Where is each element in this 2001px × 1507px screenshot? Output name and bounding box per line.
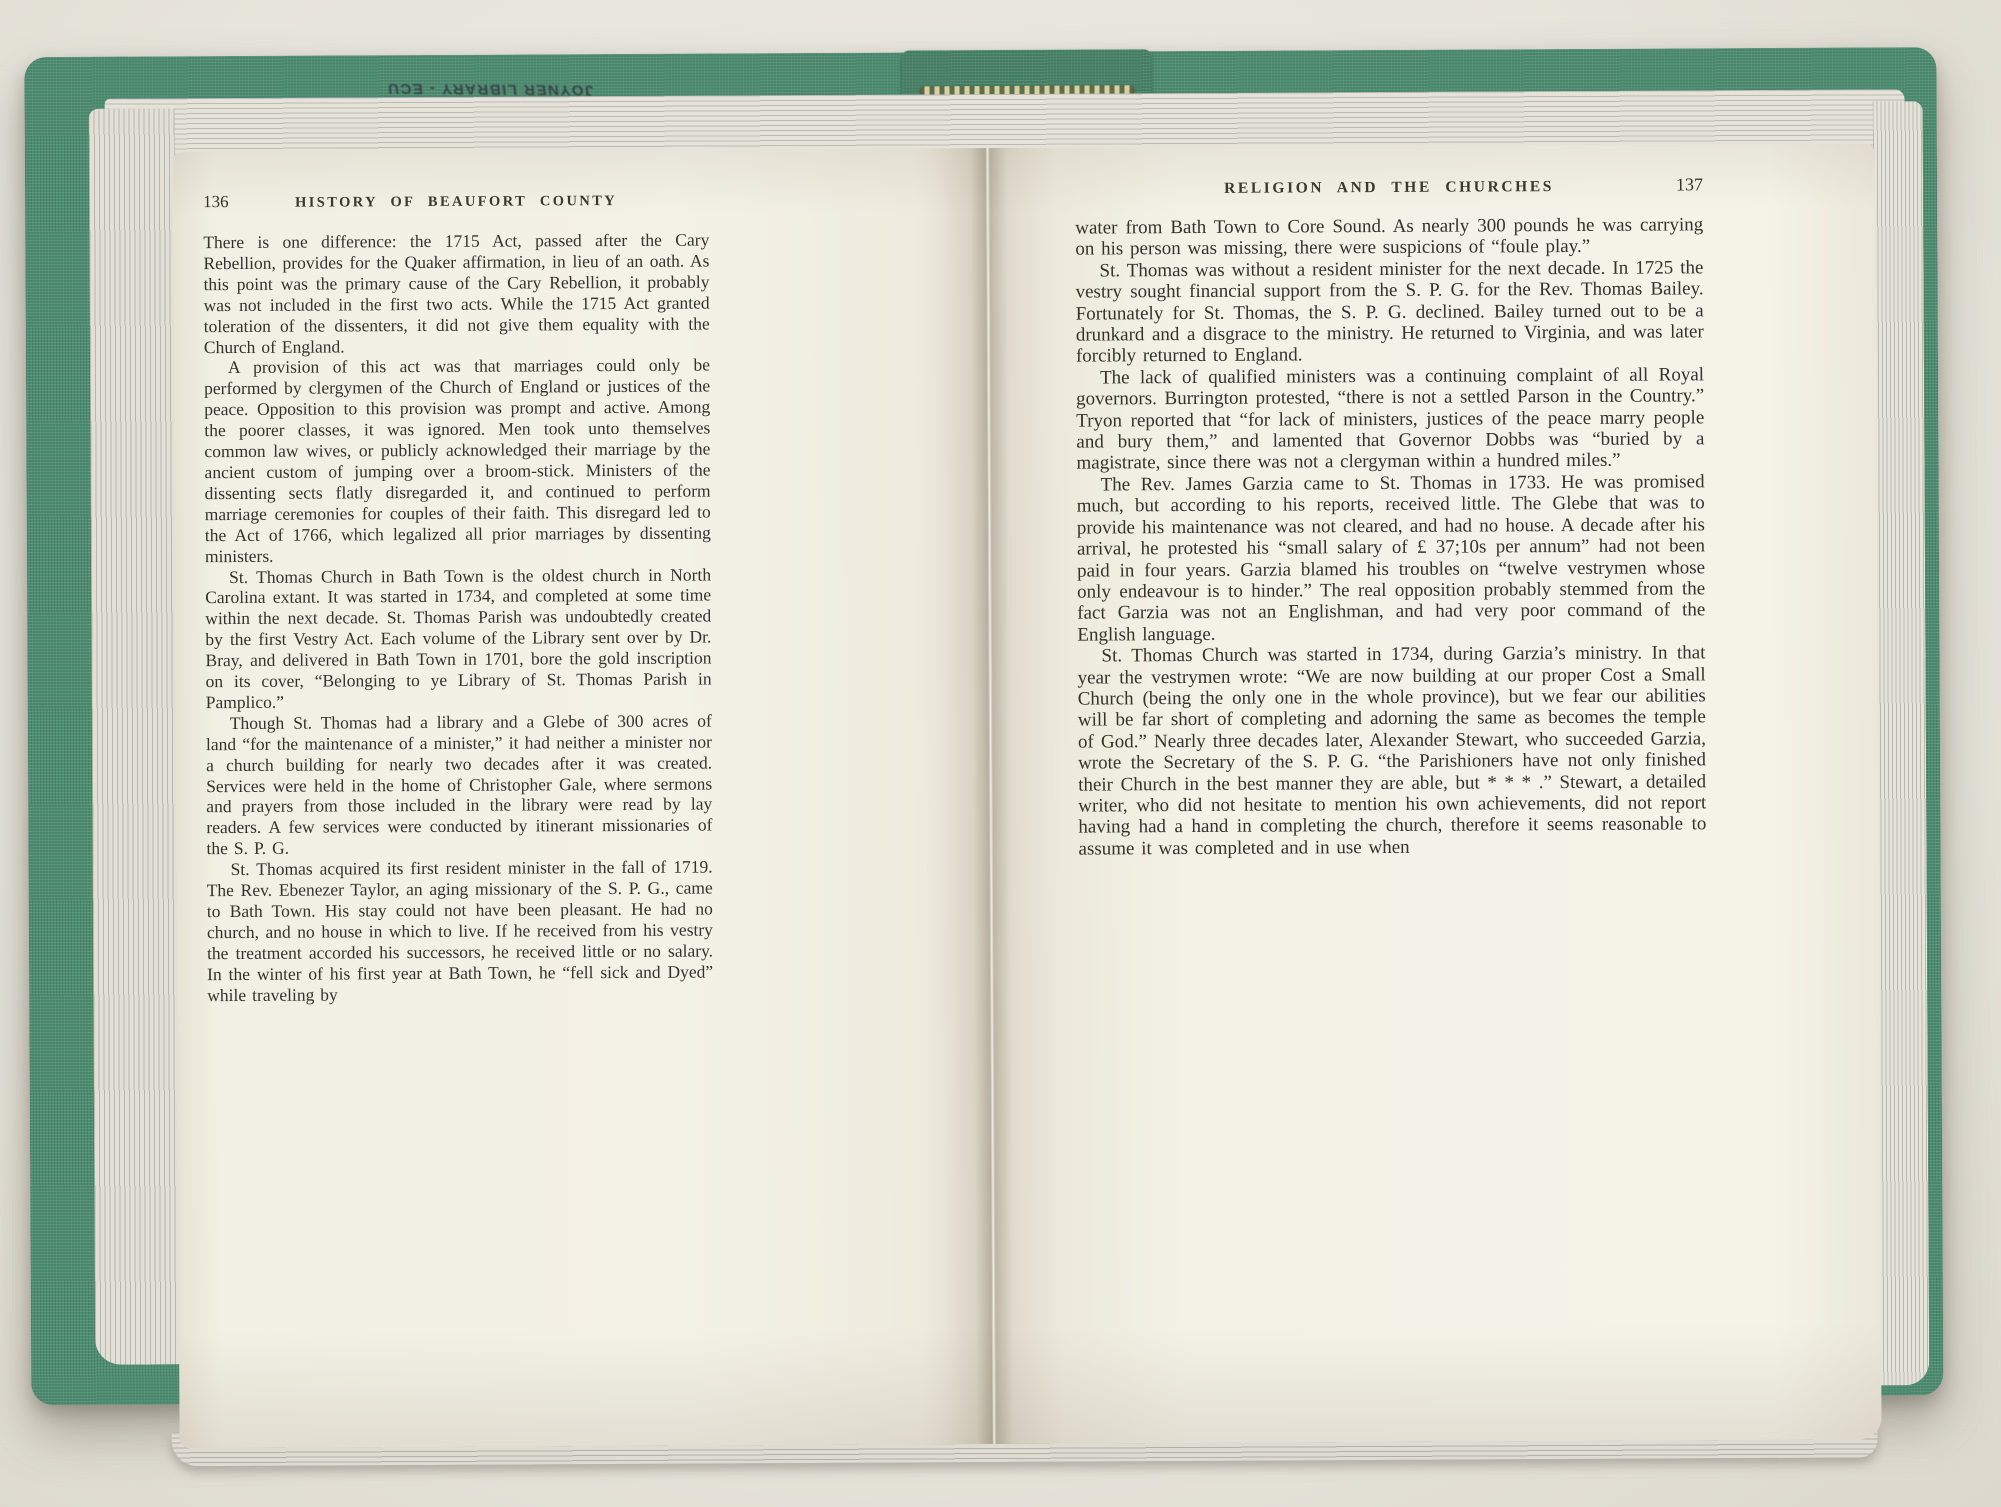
paragraph: Though St. Thomas had a library and a Gl… — [206, 710, 713, 859]
left-page: 136 HISTORY OF BEAUFORT COUNTY There is … — [173, 148, 994, 1448]
library-stamp: JOYNER LIBRARY - ECU — [386, 80, 595, 99]
left-page-number: 136 — [203, 192, 229, 212]
paragraph: water from Bath Town to Core Sound. As n… — [1075, 214, 1703, 260]
paragraph: St. Thomas Church in Bath Town is the ol… — [205, 564, 712, 713]
paragraph: St. Thomas Church was started in 1734, d… — [1077, 642, 1706, 859]
paragraph: St. Thomas was without a resident minist… — [1075, 257, 1704, 367]
paragraph: A provision of this act was that marriag… — [204, 355, 711, 567]
paragraph: There is one difference: the 1715 Act, p… — [203, 230, 710, 358]
right-page-text-block: RELIGION AND THE CHURCHES 137 water from… — [1075, 174, 1707, 859]
open-book: JOYNER LIBRARY - ECU 136 HISTORY OF BEAU… — [0, 0, 2001, 1507]
right-page-number: 137 — [1676, 174, 1703, 195]
right-page: RELIGION AND THE CHURCHES 137 water from… — [987, 143, 1882, 1444]
right-running-header: RELIGION AND THE CHURCHES — [1075, 174, 1703, 198]
page-edges-left — [89, 108, 182, 1364]
left-running-header: HISTORY OF BEAUFORT COUNTY — [203, 190, 709, 213]
left-page-body: There is one difference: the 1715 Act, p… — [203, 230, 713, 1006]
right-page-body: water from Bath Town to Core Sound. As n… — [1075, 214, 1706, 859]
left-page-text-block: 136 HISTORY OF BEAUFORT COUNTY There is … — [203, 190, 713, 1006]
paragraph: The lack of qualified ministers was a co… — [1076, 364, 1705, 474]
page-edges-right — [1873, 101, 1930, 1385]
paragraph: The Rev. James Garzia came to St. Thomas… — [1077, 471, 1706, 646]
paragraph: St. Thomas acquired its first resident m… — [207, 857, 714, 1006]
open-spread: 136 HISTORY OF BEAUFORT COUNTY There is … — [173, 143, 1882, 1448]
right-page-header: RELIGION AND THE CHURCHES 137 — [1075, 174, 1703, 203]
book-photo: JOYNER LIBRARY - ECU 136 HISTORY OF BEAU… — [0, 0, 2001, 1507]
left-page-header: 136 HISTORY OF BEAUFORT COUNTY — [203, 190, 709, 219]
